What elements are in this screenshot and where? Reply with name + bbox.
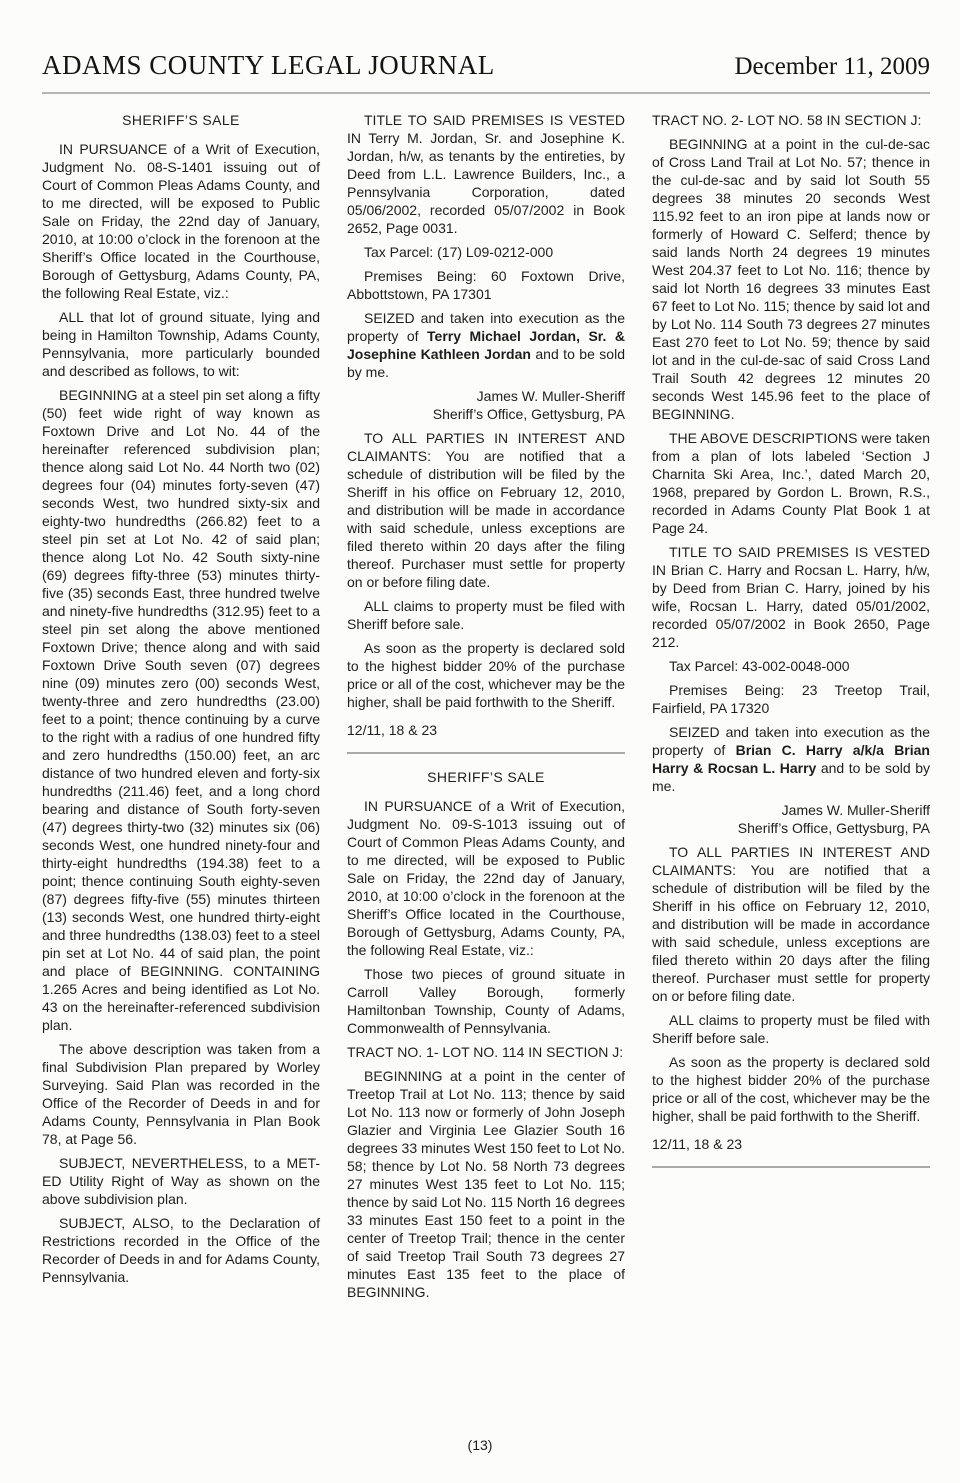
journal-page: ADAMS COUNTY LEGAL JOURNAL December 11, … xyxy=(0,0,960,1483)
subject-also-paragraph: SUBJECT, ALSO, to the Declaration of Res… xyxy=(42,1214,320,1286)
masthead: ADAMS COUNTY LEGAL JOURNAL December 11, … xyxy=(0,0,960,81)
property-situate-paragraph: Those two pieces of ground situate in Ca… xyxy=(347,965,625,1037)
tract-2-description: BEGINNING at a point in the cul-de-sac o… xyxy=(652,135,930,423)
subject-nevertheless-paragraph: SUBJECT, NEVERTHELESS, to a MET-ED Utili… xyxy=(42,1154,320,1208)
journal-title: ADAMS COUNTY LEGAL JOURNAL xyxy=(42,50,495,81)
signature-office: Sheriff’s Office, Gettysburg, PA xyxy=(652,819,930,837)
descriptions-source-paragraph: THE ABOVE DESCRIPTIONS were taken from a… xyxy=(652,429,930,537)
tax-parcel: Tax Parcel: (17) L09-0212-000 xyxy=(347,243,625,261)
tract-1-heading: TRACT NO. 1- LOT NO. 114 IN SECTION J: xyxy=(347,1043,625,1061)
column-3: TRACT NO. 2- LOT NO. 58 IN SECTION J: BE… xyxy=(652,111,930,1307)
tax-parcel: Tax Parcel: 43-002-0048-000 xyxy=(652,657,930,675)
signature-name: James W. Muller-Sheriff xyxy=(347,387,625,405)
sheriff-signature: James W. Muller-Sheriff Sheriff’s Office… xyxy=(347,387,625,423)
sheriff-signature: James W. Muller-Sheriff Sheriff’s Office… xyxy=(652,801,930,837)
column-1: SHERIFF’S SALE IN PURSUANCE of a Writ of… xyxy=(42,111,320,1307)
pursuance-paragraph: IN PURSUANCE of a Writ of Execution, Jud… xyxy=(42,140,320,302)
subdivision-plan-paragraph: The above description was taken from a f… xyxy=(42,1040,320,1148)
signature-office: Sheriff’s Office, Gettysburg, PA xyxy=(347,405,625,423)
issue-date: December 11, 2009 xyxy=(734,53,930,81)
notice-divider xyxy=(652,1166,930,1168)
page-number: (13) xyxy=(0,1437,960,1453)
sale-heading: SHERIFF’S SALE xyxy=(42,111,320,129)
publication-dates: 12/11, 18 & 23 xyxy=(652,1135,930,1153)
tract-1-description: BEGINNING at a point in the center of Tr… xyxy=(347,1067,625,1301)
notice-divider xyxy=(347,752,625,754)
claims-notice: ALL claims to property must be filed wit… xyxy=(652,1011,930,1047)
title-vested-paragraph: TITLE TO SAID PREMISES IS VESTED IN Bria… xyxy=(652,543,930,651)
pursuance-paragraph: IN PURSUANCE of a Writ of Execution, Jud… xyxy=(347,797,625,959)
column-2: TITLE TO SAID PREMISES IS VESTED IN Terr… xyxy=(347,111,625,1307)
distribution-notice: TO ALL PARTIES IN INTEREST AND CLAIMANTS… xyxy=(347,429,625,591)
sale-heading: SHERIFF’S SALE xyxy=(347,768,625,786)
title-vested-paragraph: TITLE TO SAID PREMISES IS VESTED IN Terr… xyxy=(347,111,625,237)
signature-name: James W. Muller-Sheriff xyxy=(652,801,930,819)
legal-description-paragraph: BEGINNING at a steel pin set along a fif… xyxy=(42,386,320,1034)
publication-dates: 12/11, 18 & 23 xyxy=(347,721,625,739)
distribution-notice: TO ALL PARTIES IN INTEREST AND CLAIMANTS… xyxy=(652,843,930,1005)
deposit-notice: As soon as the property is declared sold… xyxy=(347,639,625,711)
property-situate-paragraph: ALL that lot of ground situate, lying an… xyxy=(42,308,320,380)
tract-2-heading: TRACT NO. 2- LOT NO. 58 IN SECTION J: xyxy=(652,111,930,129)
seized-paragraph: SEIZED and taken into execution as the p… xyxy=(347,309,625,381)
claims-notice: ALL claims to property must be filed wit… xyxy=(347,597,625,633)
seized-paragraph: SEIZED and taken into execution as the p… xyxy=(652,723,930,795)
column-layout: SHERIFF’S SALE IN PURSUANCE of a Writ of… xyxy=(0,94,960,1307)
premises-being: Premises Being: 60 Foxtown Drive, Abbott… xyxy=(347,267,625,303)
deposit-notice: As soon as the property is declared sold… xyxy=(652,1053,930,1125)
premises-being: Premises Being: 23 Treetop Trail, Fairfi… xyxy=(652,681,930,717)
